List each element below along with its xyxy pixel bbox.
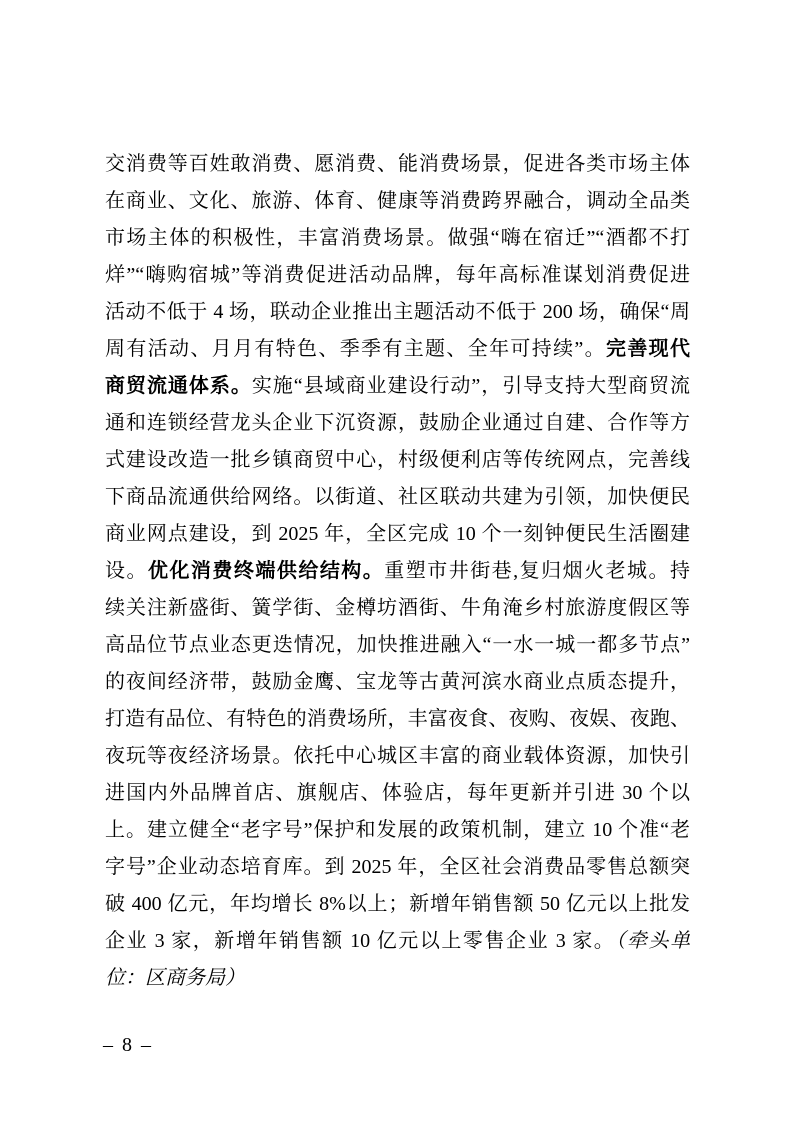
body-text: 烊”“嗨购宿城”等消费促进活动品牌，每年高标准谋划消费促进: [105, 264, 690, 286]
bold-heading-text: 完善现代: [606, 338, 690, 360]
text-line: 的夜间经济带，鼓励金鹰、宝龙等古黄河滨水商业点质态提升，: [105, 664, 690, 701]
body-text: 交消费等百姓敢消费、愿消费、能消费场景，促进各类市场主体: [105, 153, 690, 175]
body-text: 高品位节点业态更迭情况，加快推进融入“一水一城一都多节点”: [105, 634, 690, 656]
body-text: 企业 3 家，新增年销售额 10 亿元以上零售企业 3 家。: [105, 930, 615, 952]
text-line: 式建设改造一批乡镇商贸中心，村级便利店等传统网点，完善线: [105, 442, 690, 479]
text-line: 打造有品位、有特色的消费场所，丰富夜食、夜购、夜娱、夜跑、: [105, 701, 690, 738]
text-line: 企业 3 家，新增年销售额 10 亿元以上零售企业 3 家。（牵头单: [105, 923, 690, 960]
document-page: 交消费等百姓敢消费、愿消费、能消费场景，促进各类市场主体在商业、文化、旅游、体育…: [0, 0, 793, 1122]
text-line: 商贸流通体系。实施“县域商业建设行动”，引导支持大型商贸流: [105, 368, 690, 405]
text-line: 位：区商务局）: [105, 960, 690, 997]
text-line: 续关注新盛街、簧学街、金樽坊酒街、牛角淹乡村旅游度假区等: [105, 590, 690, 627]
text-line: 交消费等百姓敢消费、愿消费、能消费场景，促进各类市场主体: [105, 146, 690, 183]
body-text: 市场主体的积极性，丰富消费场景。做强“嗨在宿迁”“酒都不打: [105, 227, 690, 249]
bold-heading-text: 优化消费终端供给结构。: [148, 560, 384, 582]
text-line: 夜玩等夜经济场景。依托中心城区丰富的商业载体资源，加快引: [105, 738, 690, 775]
body-text: 式建设改造一批乡镇商贸中心，村级便利店等传统网点，完善线: [105, 449, 690, 471]
body-text: 在商业、文化、旅游、体育、健康等消费跨界融合，调动全品类: [105, 190, 690, 212]
body-text: 上。建立健全“老字号”保护和发展的政策机制，建立 10 个准“老: [105, 819, 690, 841]
text-line: 市场主体的积极性，丰富消费场景。做强“嗨在宿迁”“酒都不打: [105, 220, 690, 257]
body-text: 周有活动、月月有特色、季季有主题、全年可持续”。: [105, 338, 606, 360]
text-line: 在商业、文化、旅游、体育、健康等消费跨界融合，调动全品类: [105, 183, 690, 220]
text-line: 进国内外品牌首店、旗舰店、体验店，每年更新并引进 30 个以: [105, 775, 690, 812]
body-text: 的夜间经济带，鼓励金鹰、宝龙等古黄河滨水商业点质态提升，: [105, 671, 690, 693]
text-line: 高品位节点业态更迭情况，加快推进融入“一水一城一都多节点”: [105, 627, 690, 664]
body-text: 活动不低于 4 场，联动企业推出主题活动不低于 200 场，确保“周: [105, 301, 690, 323]
attribution-text: （牵头单: [615, 930, 690, 952]
attribution-text: 位：区商务局）: [105, 967, 245, 989]
text-line: 通和连锁经营龙头企业下沉资源，鼓励企业通过自建、合作等方: [105, 405, 690, 442]
page-number: – 8 –: [103, 1030, 151, 1060]
text-line: 商业网点建设，到 2025 年，全区完成 10 个一刻钟便民生活圈建: [105, 516, 690, 553]
body-text: 通和连锁经营龙头企业下沉资源，鼓励企业通过自建、合作等方: [105, 412, 690, 434]
body-text: 实施“县域商业建设行动”，引导支持大型商贸流: [252, 375, 690, 397]
body-text-block: 交消费等百姓敢消费、愿消费、能消费场景，促进各类市场主体在商业、文化、旅游、体育…: [105, 146, 690, 997]
body-text: 续关注新盛街、簧学街、金樽坊酒街、牛角淹乡村旅游度假区等: [105, 597, 690, 619]
text-line: 烊”“嗨购宿城”等消费促进活动品牌，每年高标准谋划消费促进: [105, 257, 690, 294]
text-line: 活动不低于 4 场，联动企业推出主题活动不低于 200 场，确保“周: [105, 294, 690, 331]
body-text: 打造有品位、有特色的消费场所，丰富夜食、夜购、夜娱、夜跑、: [105, 708, 690, 730]
body-text: 商业网点建设，到 2025 年，全区完成 10 个一刻钟便民生活圈建: [105, 523, 690, 545]
text-line: 周有活动、月月有特色、季季有主题、全年可持续”。完善现代: [105, 331, 690, 368]
body-text: 进国内外品牌首店、旗舰店、体验店，每年更新并引进 30 个以: [105, 782, 690, 804]
body-text: 设。: [105, 560, 148, 582]
body-text: 夜玩等夜经济场景。依托中心城区丰富的商业载体资源，加快引: [105, 745, 690, 767]
text-line: 下商品流通供给网络。以街道、社区联动共建为引领，加快便民: [105, 479, 690, 516]
body-text: 字号”企业动态培育库。到 2025 年，全区社会消费品零售总额突: [105, 856, 690, 878]
body-text: 破 400 亿元，年均增长 8%以上；新增年销售额 50 亿元以上批发: [105, 893, 690, 915]
body-text: 下商品流通供给网络。以街道、社区联动共建为引领，加快便民: [105, 486, 690, 508]
text-line: 设。优化消费终端供给结构。重塑市井街巷,复归烟火老城。持: [105, 553, 690, 590]
text-line: 上。建立健全“老字号”保护和发展的政策机制，建立 10 个准“老: [105, 812, 690, 849]
body-text: 重塑市井街巷,复归烟火老城。持: [384, 560, 690, 582]
bold-heading-text: 商贸流通体系。: [105, 375, 252, 397]
text-line: 破 400 亿元，年均增长 8%以上；新增年销售额 50 亿元以上批发: [105, 886, 690, 923]
text-line: 字号”企业动态培育库。到 2025 年，全区社会消费品零售总额突: [105, 849, 690, 886]
